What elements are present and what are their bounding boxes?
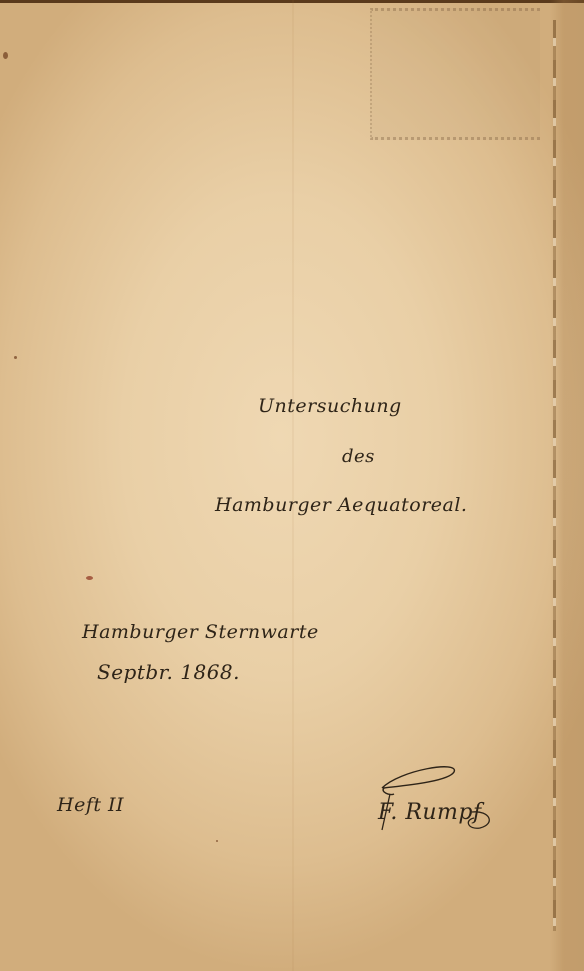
origin-date: Septbr. 1868. [97,660,240,684]
title-line-2: des [342,446,375,467]
origin-place: Hamburger Sternwarte [82,621,319,643]
title-line-1: Untersuchung [258,395,402,417]
bleed-through-label [370,8,540,140]
title-line-3: Hamburger Aequatoreal. [215,494,467,516]
volume-label: Heft II [57,794,124,816]
ink-spot [86,576,93,580]
ink-spot [14,356,17,359]
ink-spot [216,840,218,842]
document-page: Untersuchung des Hamburger Aequatoreal. … [0,0,584,971]
binding-stitch-marks [553,20,556,931]
ink-spot [3,52,8,59]
paper-fold-line [292,0,294,971]
signature: F. Rumpf [378,800,482,825]
